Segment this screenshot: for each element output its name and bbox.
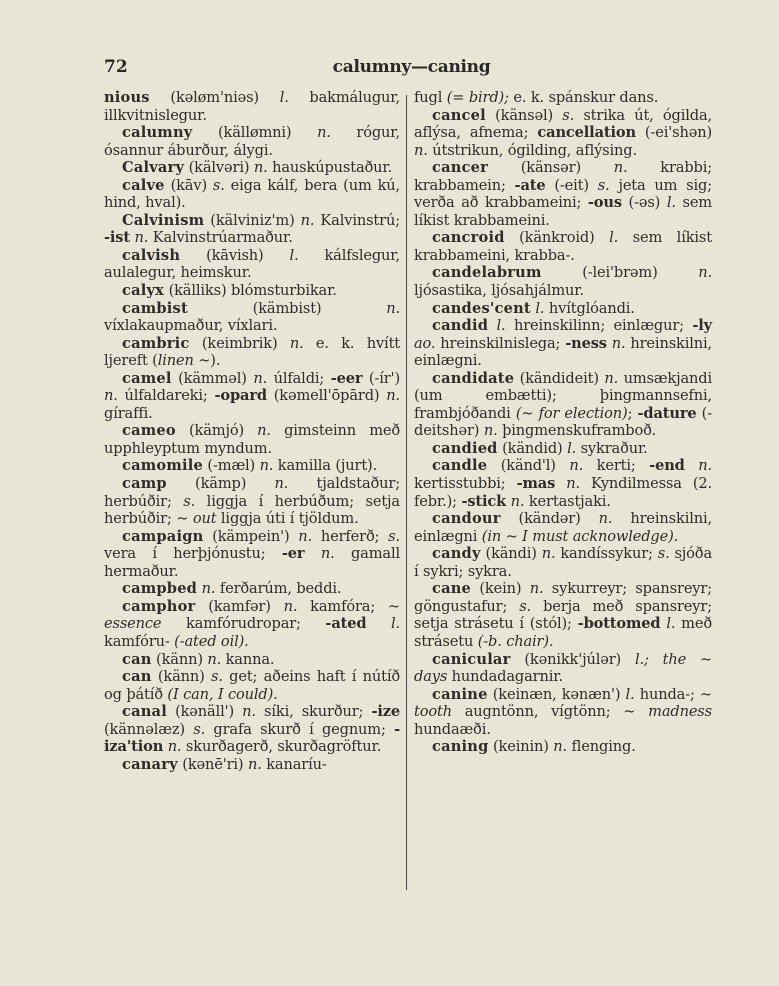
headword: nious [104,89,150,106]
dictionary-entry: can (känn) n. kanna. [104,651,400,669]
dictionary-entry: Calvary (kälvəri) n. hauskúpustaður. [104,159,400,177]
italic-label: l. [290,247,299,264]
italic-label: n. [301,212,315,229]
headword: cancroid [432,229,505,246]
italic-label: l. [667,194,676,211]
dictionary-entry: can (känn) s. get; aðeins haft í nútíð o… [104,668,400,703]
italic-label: n. [248,756,262,773]
italic-label: n. [168,738,182,755]
definition-text: kanna. [221,651,274,668]
italic-label: s. [519,598,531,615]
italic-label: n. [566,475,580,492]
derived-form: -er [282,545,305,562]
definition-text: kamfórudropar; [161,615,325,632]
headword: can [122,668,152,685]
dictionary-entry: candy (kändi) n. kandíssykur; s. sjóða í… [414,545,712,580]
definition-text: kamfóru- [104,633,174,650]
derived-form: -ist [104,229,130,246]
definition-text: (-ei'shən) [636,124,712,141]
headword: calyx [122,282,164,299]
italic-label: n. [284,598,298,615]
dictionary-entry: candid l. hreinskilinn; einlægur; -ly ao… [414,317,712,370]
italic-label: n. [207,651,221,668]
definition-text: (keinæn, kənæn') [488,686,626,703]
dictionary-entry: cancel (känsəl) s. strika út, ógilda, af… [414,107,712,160]
headword: canary [122,756,178,773]
derived-form: -bottomed [578,615,661,632]
definition-text: (kənikk'júlər) [510,651,634,668]
italic-label: s. [598,177,610,194]
definition-text: útstrikun, ógilding, aflýsing. [428,142,637,159]
headword: canicular [432,651,510,668]
definition-text: (källømni) [192,124,317,141]
definition-text: hreinskilnislega; [435,335,565,352]
definition-text: hreinskilinn; einlægur; [506,317,693,334]
headword: candelabrum [432,264,542,281]
running-head: calumny—caning [0,57,779,77]
definition-text: grafa skurð í gegnum; [205,721,394,738]
italic-label: tooth [414,703,452,720]
definition-text: (kāv) [165,177,213,194]
italic-label: out [193,510,217,527]
definition-text: (känkroid) [505,229,610,246]
italic-label: n. [698,457,712,474]
headword: cambric [122,335,190,352]
headword: campbed [122,580,197,597]
left-column: nious (kəløm'niəs) l. bakmálugur, illkvi… [104,89,400,773]
definition-text: Kalvinstrú; [314,212,400,229]
italic-label: n. [260,457,274,474]
headword: cancer [432,159,488,176]
italic-label: (I can, I could). [167,686,277,703]
headword: candle [432,457,487,474]
definition-text: þingmenskuframboð. [498,422,656,439]
dictionary-entry: caning (keinin) n. flenging. [414,738,712,756]
derived-form: -ated [325,615,366,632]
derived-form: -end [649,457,685,474]
definition-text: liggja úti í tjöldum. [216,510,358,527]
definition-text: (känn) [152,651,208,668]
italic-label: l. [391,615,400,632]
dictionary-entry: Calvinism (kälviniz'm) n. Kalvinstrú; -i… [104,212,400,247]
definition-text: Kalvinstrúarmaður. [148,229,293,246]
headword: candidate [432,370,514,387]
headword: calvish [122,247,180,264]
definition-text: hauskúpustaður. [268,159,392,176]
derived-form: -ize [371,703,400,720]
definition-text: (känsər) [488,159,614,176]
definition-text: (keinin) [489,738,554,755]
italic-label: linen ~ [158,352,211,369]
dictionary-entry: cancer (känsər) n. krabbi; krabbamein; -… [414,159,712,229]
definition-text: (-ír') [362,370,400,387]
derived-form: -dature [638,405,697,422]
definition-text [304,545,320,562]
italic-label: n. [542,545,556,562]
italic-label: n. [134,229,148,246]
definition-text: (kamfər) [195,598,283,615]
italic-label: n. [104,387,118,404]
dictionary-entry: cancroid (känkroid) l. sem líkist krabba… [414,229,712,264]
derived-form: -ness [565,335,607,352]
headword: candied [432,440,498,457]
headword: calve [122,177,165,194]
dictionary-entry: cane (kein) n. sykurreyr; spansreyr; gön… [414,580,712,650]
dictionary-entry: camomile (-mæl) n. kamilla (jurt). [104,457,400,475]
italic-label: n. [386,300,400,317]
italic-label: n. [612,335,626,352]
headword: canine [432,686,488,703]
definition-text: flenging. [567,738,636,755]
italic-label: n. [614,159,628,176]
dictionary-entry: calumny (källømni) n. rógur, ósannur ábu… [104,124,400,159]
italic-label: l. [497,317,506,334]
italic-label: n. [290,335,304,352]
headword: canal [122,703,167,720]
italic-label: n. [698,264,712,281]
definition-text: e. k. spánskur dans. [509,89,658,106]
dictionary-entry: camp (kämp) n. tjaldstaður; herbúðir; s.… [104,475,400,528]
headword: calumny [122,124,192,141]
derived-form: -stick [461,493,506,510]
dictionary-entry: nious (kəløm'niəs) l. bakmálugur, illkvi… [104,89,400,124]
italic-label: n. [242,703,256,720]
definition-text: (keimbrik) [190,335,290,352]
definition-text: (kənē'ri) [178,756,248,773]
derived-form: -opard [214,387,266,404]
italic-label: n. [298,528,312,545]
italic-label: (in ~ I must acknowledge). [482,528,678,545]
definition-text: úlfaldi; [267,370,331,387]
derived-form: -mas [517,475,556,492]
definition-text: (känd'l) [487,457,569,474]
definition-text: kandíssykur; [555,545,657,562]
definition-text: (kein) [471,580,530,597]
derived-form: cancellation [537,124,636,141]
dictionary-entry: canine (keinæn, kənæn') l. hunda-; ~ too… [414,686,712,739]
definition-text: (kändideit) [514,370,604,387]
italic-label: n. [253,370,267,387]
headword: cane [432,580,471,597]
italic-label: s. [388,528,400,545]
italic-label: n. [254,159,268,176]
definition-text [488,317,496,334]
definition-text: kamilla (jurt). [273,457,377,474]
dictionary-entry: candidate (kändideit) n. umsækjandi (um … [414,370,712,440]
italic-label: (-ated oil). [174,633,248,650]
italic-label: essence [104,615,161,632]
headword: can [122,651,152,668]
dictionary-entry: canal (kənäll') n. síki, skurður; -ize (… [104,703,400,756]
derived-form: -eer [331,370,363,387]
headword: caning [432,738,489,755]
definition-text: hundaæði. [414,721,491,738]
dictionary-entry: campbed n. ferðarúm, beddi. [104,580,400,598]
definition-text: (kälvəri) [184,159,254,176]
dictionary-entry: candes'cent l. hvítglóandi. [414,300,712,318]
headword: cameo [122,422,176,439]
italic-label: n. [553,738,567,755]
italic-label: (= bird); [447,89,509,106]
definition-text: (källiks) blómsturbikar. [164,282,337,299]
italic-label: n. [257,422,271,439]
definition-text: (kännəlæz) [104,721,193,738]
italic-label: n. [484,422,498,439]
italic-label: s. [562,107,574,124]
dictionary-entry: candour (kändər) n. hreinskilni, einlægn… [414,510,712,545]
definition-text: (-əs) [622,194,667,211]
definition-text: (kändi) [481,545,542,562]
headword: campaign [122,528,203,545]
italic-label: l. [626,686,635,703]
definition-text [685,457,699,474]
italic-label: (~ for election) [516,405,628,422]
dictionary-entry: candle (känd'l) n. kerti; -end n. kertis… [414,457,712,510]
definition-text: (kəløm'niəs) [150,89,280,106]
dictionary-entry: canicular (kənikk'júlər) l.; the ~ days … [414,651,712,686]
definition-text [366,615,391,632]
headword: candid [432,317,488,334]
italic-label: l. [280,89,289,106]
definition-text [555,475,566,492]
definition-text: herferð; [312,528,388,545]
derived-form: -ous [588,194,622,211]
headword: cancel [432,107,486,124]
headword: candour [432,510,501,527]
definition-text: víxlakaupmaður, víxlari. [104,317,277,334]
italic-label: n. [530,580,544,597]
italic-label: l. [567,440,576,457]
definition-text: ). [210,352,220,369]
italic-label: s. [193,721,205,738]
derived-form: -ate [515,177,546,194]
dictionary-entry: camphor (kamfər) n. kamfóra; ~ essence k… [104,598,400,651]
definition-text: (kämbist) [188,300,386,317]
dictionary-entry: calve (kāv) s. eiga kálf, bera (um kú, h… [104,177,400,212]
headword: Calvary [122,159,184,176]
derived-form: -ly [692,317,712,334]
definition-text: ferðarúm, beddi. [215,580,341,597]
definition-text: (kämməl) [172,370,254,387]
definition-text: fugl [414,89,447,106]
column-divider [406,95,407,890]
headword: cambist [122,300,188,317]
italic-label: (-b. chair). [478,633,554,650]
dictionary-entry: calyx (källiks) blómsturbikar. [104,282,400,300]
dictionary-entry: cameo (kämjó) n. gimsteinn með upphleypt… [104,422,400,457]
definition-text: (kändid) [498,440,567,457]
italic-label: n. [599,510,613,527]
definition-text: kerti; [583,457,649,474]
headword: candes'cent [432,300,531,317]
italic-label: ao. [414,335,435,352]
italic-label: s. [183,493,195,510]
dictionary-entry: camel (kämməl) n. úlfaldi; -eer (-ír') n… [104,370,400,423]
italic-label: n. [202,580,216,597]
headword: camel [122,370,172,387]
running-head-text: calumny—caning [333,57,491,77]
definition-text: (kälviniz'm) [204,212,300,229]
definition-text: gíraffi. [104,405,153,422]
definition-text: sykraður. [576,440,648,457]
italic-label: n. [321,545,335,562]
italic-label: s. [213,177,225,194]
definition-text: (-mæl) [203,457,260,474]
italic-label: n. [569,457,583,474]
dictionary-entry: calvish (kāvish) l. kálfslegur, aulalegu… [104,247,400,282]
headword: Calvinism [122,212,204,229]
dictionary-entry: candied (kändid) l. sykraður. [414,440,712,458]
dictionary-entry: campaign (kämpein') n. herferð; s. vera … [104,528,400,581]
dictionary-entry: cambric (keimbrik) n. e. k. hvítt ljeref… [104,335,400,370]
definition-text: kertastjaki. [524,493,610,510]
italic-label: n. [511,493,525,510]
dictionary-entry: candelabrum (-lei'brəm) n. ljósastika, l… [414,264,712,299]
italic-label: s. [211,668,223,685]
definition-text: hvítglóandi. [544,300,634,317]
italic-label: madness [648,703,712,720]
definition-text: úlfaldareki; [118,387,215,404]
definition-text: (kändər) [501,510,599,527]
definition-text: (kämpein') [203,528,298,545]
definition-text: vera í herþjónustu; [104,545,282,562]
definition-text: kertisstubbi; [414,475,517,492]
definition-text: hundadagarnir. [447,668,563,685]
headword: camomile [122,457,203,474]
italic-label: l. [609,229,618,246]
italic-label: n. [386,387,400,404]
definition-text: (känsəl) [486,107,562,124]
italic-label: n. [275,475,289,492]
italic-label: s. [658,545,670,562]
italic-label: n. [414,142,428,159]
definition-text: augntönn, vígtönn; ~ [452,703,648,720]
definition-text: kamfóra; ~ [297,598,400,615]
definition-text: (kənäll') [167,703,242,720]
definition-text: hunda-; ~ [635,686,712,703]
definition-text: (kāvish) [180,247,289,264]
italic-label: n. [317,124,331,141]
definition-text: (kämp) [167,475,275,492]
italic-label: l. [666,615,675,632]
dictionary-entry: canary (kənē'ri) n. kanaríu- [104,756,400,774]
definition-text: síki, skurður; [256,703,372,720]
definition-text: (känn) [152,668,211,685]
definition-text: skurðagerð, skurðagröftur. [181,738,381,755]
dictionary-entry: fugl (= bird); e. k. spánskur dans. [414,89,712,107]
headword: camphor [122,598,195,615]
definition-text: ljósastika, ljósahjálmur. [414,282,584,299]
right-column: fugl (= bird); e. k. spánskur dans.cance… [414,89,712,756]
dictionary-entry: cambist (kämbist) n. víxlakaupmaður, víx… [104,300,400,335]
definition-text: kanaríu- [262,756,327,773]
definition-text: (-lei'brəm) [542,264,699,281]
headword: candy [432,545,481,562]
definition-text: (-eit) [546,177,598,194]
headword: camp [122,475,167,492]
definition-text: (kämjó) [176,422,257,439]
italic-label: n. [604,370,618,387]
definition-text: (kəmell'ōpārd) [267,387,386,404]
definition-text: ; [628,405,638,422]
